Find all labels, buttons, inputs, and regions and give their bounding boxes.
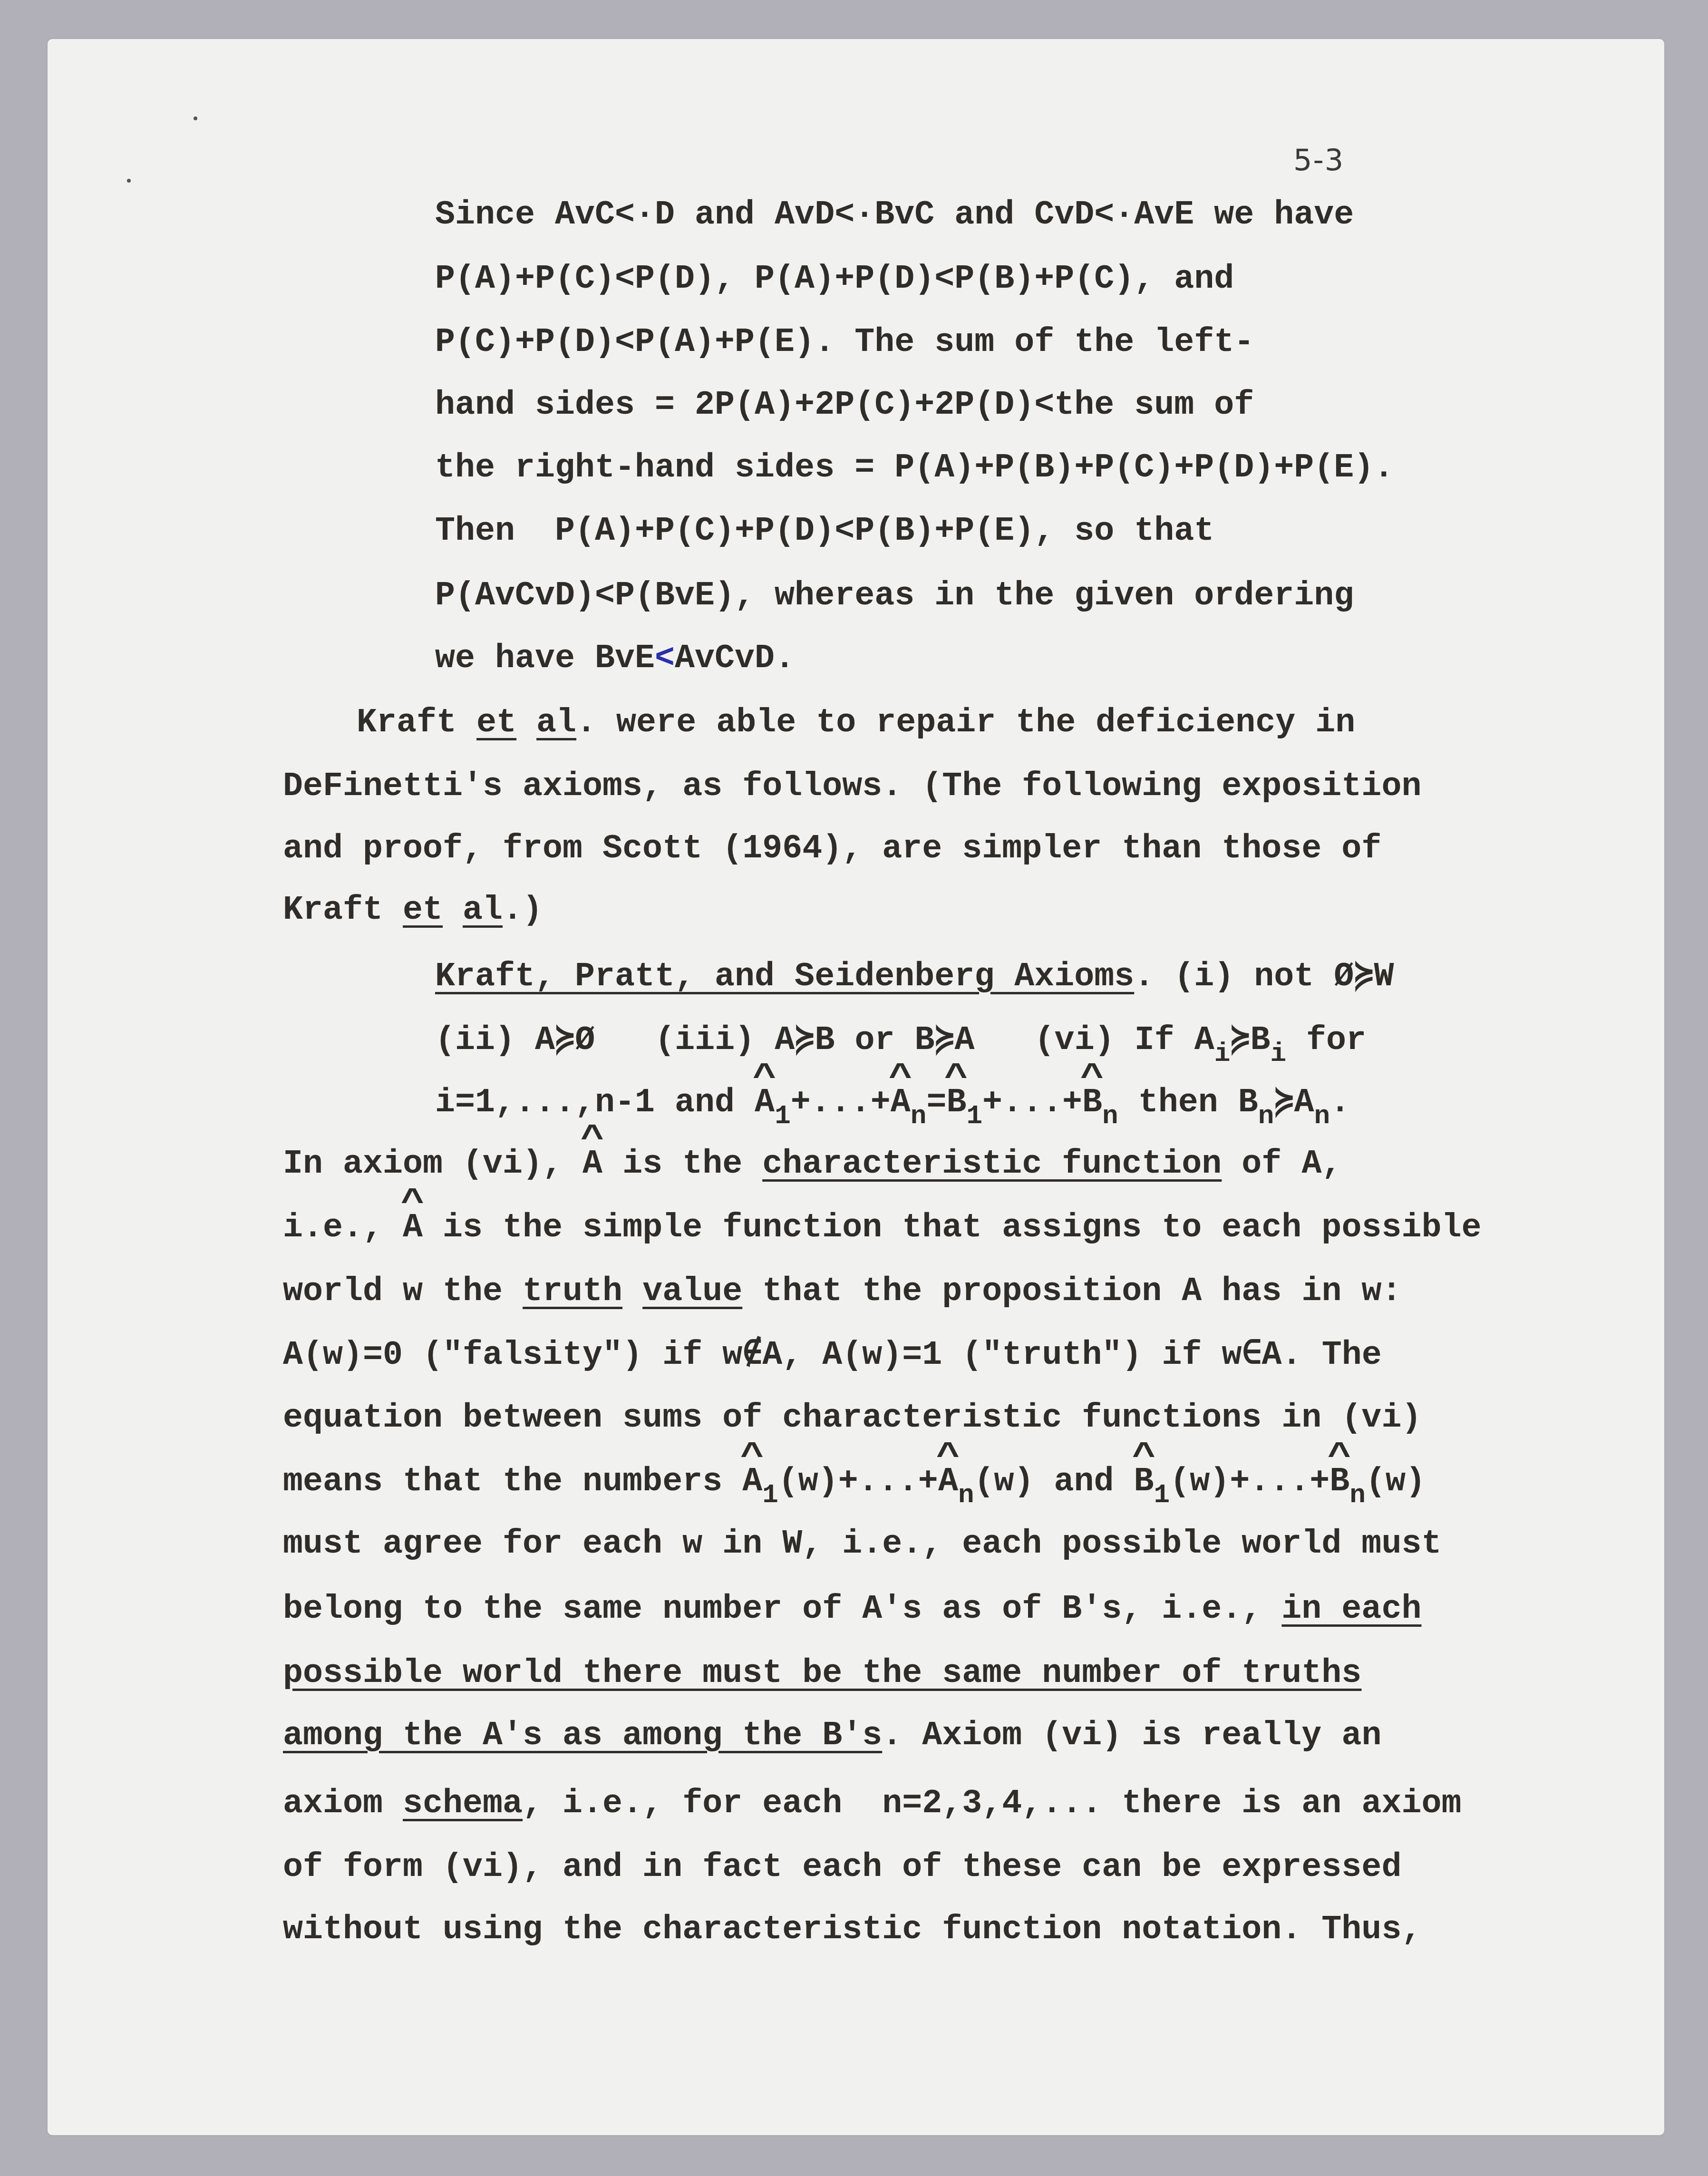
kraft-para-line-2: DeFinetti's axioms, as follows. (The fol…: [283, 770, 1421, 804]
axioms-title: Kraft, Pratt, and Seidenberg Axioms: [435, 958, 1134, 996]
explanation-line-5: equation between sums of characteristic …: [283, 1402, 1421, 1435]
explanation-line-11: axiom schema, i.e., for each n=2,3,4,...…: [283, 1787, 1461, 1821]
proof-line-5: the right-hand sides = P(A)+P(B)+P(C)+P(…: [435, 452, 1394, 485]
axioms-line-2: (ii) A≽Ø (iii) A≽B or B≽A (vi) If Ai≽Bi …: [435, 1024, 1366, 1058]
explanation-line-13: without using the characteristic functio…: [283, 1914, 1421, 1947]
explanation-line-2: i.e., A is the simple function that assi…: [283, 1212, 1481, 1245]
page-number: 5-3: [1293, 143, 1344, 177]
explanation-line-12: of form (vi), and in fact each of these …: [283, 1851, 1401, 1885]
paper-speck: [127, 179, 131, 183]
explanation-line-9: possible world there must be the same nu…: [283, 1657, 1361, 1690]
proof-line-7: P(AvCvD)<P(BvE), whereas in the given or…: [435, 580, 1354, 613]
explanation-line-6: means that the numbers A1(w)+...+An(w) a…: [283, 1466, 1426, 1499]
explanation-line-10: among the A's as among the B's. Axiom (v…: [283, 1719, 1381, 1753]
proof-line-2: P(A)+P(C)<P(D), P(A)+P(D)<P(B)+P(C), and: [435, 263, 1234, 296]
proof-line-6: Then P(A)+P(C)+P(D)<P(B)+P(E), so that: [435, 515, 1214, 548]
kraft-para-line-4: Kraft et al.): [283, 894, 543, 927]
pen-correction-symbol: <: [655, 640, 675, 678]
proof-line-4: hand sides = 2P(A)+2P(C)+2P(D)<the sum o…: [435, 389, 1254, 422]
explanation-line-4: A(w)=0 ("falsity") if w∉A, A(w)=1 ("trut…: [283, 1339, 1382, 1372]
explanation-line-7: must agree for each w in W, i.e., each p…: [283, 1528, 1441, 1561]
axioms-line-3: i=1,...,n-1 and A1+...+An=B1+...+Bn then…: [435, 1087, 1350, 1120]
kraft-para-line-3: and proof, from Scott (1964), are simple…: [283, 833, 1381, 866]
paper-speck: [194, 117, 197, 120]
explanation-line-3: world w the truth value that the proposi…: [283, 1275, 1401, 1309]
explanation-line-8: belong to the same number of A's as of B…: [283, 1593, 1421, 1626]
axioms-line-1: Kraft, Pratt, and Seidenberg Axioms. (i)…: [435, 961, 1394, 994]
explanation-line-1: In axiom (vi), A is the characteristic f…: [283, 1148, 1341, 1181]
proof-line-8: we have BvE<AvCvD.: [435, 642, 795, 676]
kraft-para-line-1: Kraft et al. were able to repair the def…: [357, 707, 1355, 740]
proof-line-1: Since AvC<·D and AvD<·BvC and CvD<·AvE w…: [435, 199, 1354, 232]
proof-line-3: P(C)+P(D)<P(A)+P(E). The sum of the left…: [435, 326, 1254, 359]
